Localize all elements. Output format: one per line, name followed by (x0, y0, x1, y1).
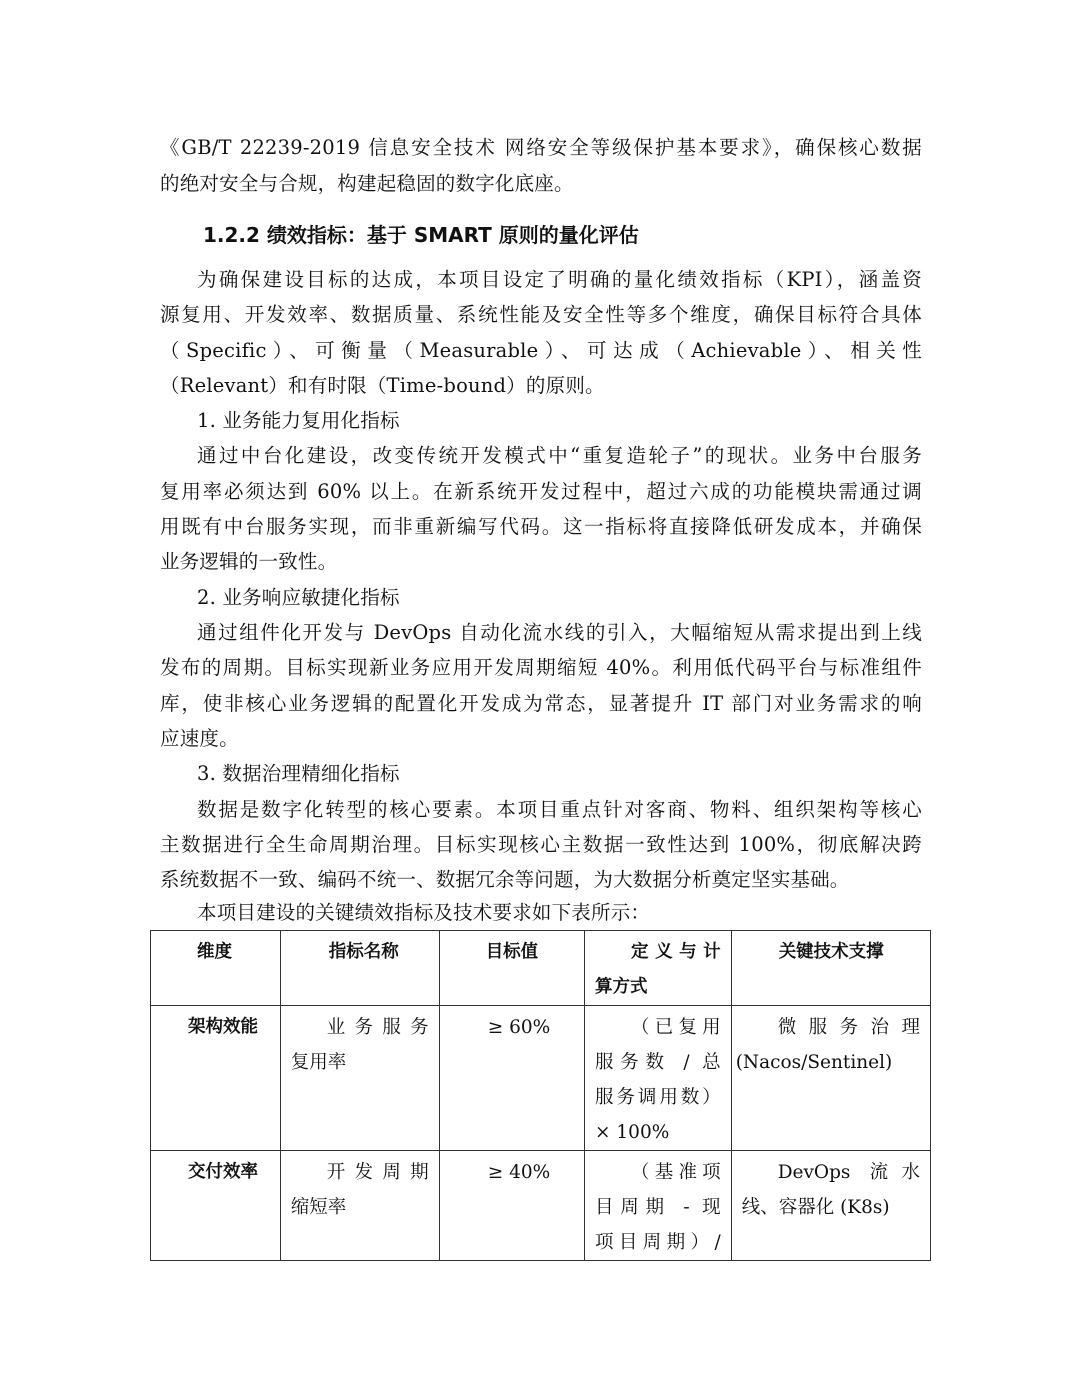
row-1-metric: 业务服务 复用率 (280, 1006, 439, 1151)
intro-line-2: 的绝对安全与合规，构建起稳固的数字化底座。 (160, 166, 922, 202)
item-2-line-4: 应速度。 (160, 721, 922, 757)
row-1-dimension: 架构效能 (151, 1006, 281, 1151)
item-1-line-1: 通过中台化建设，改变传统开发模式中“重复造轮子”的现状。业务中台服务 (197, 438, 922, 474)
row-1-definition: （已复用 服务数 / 总 服务调用数） × 100% (585, 1006, 732, 1151)
row-2-definition-line-3: 项目周期）/ (595, 1225, 721, 1260)
row-1-definition-line-3: 服务调用数） (595, 1080, 721, 1115)
item-1-line-3: 用既有中台服务实现，而非重新编写代码。这一指标将直接降低研发成本，并确保 (160, 509, 922, 545)
row-1-definition-line-2: 服务数 / 总 (595, 1045, 721, 1080)
smart-paragraph-line-4: （Relevant）和有时限（Time-bound）的原则。 (160, 368, 922, 404)
smart-paragraph-line-2: 源复用、开发效率、数据质量、系统性能及安全性等多个维度，确保目标符合具体 (160, 297, 922, 333)
table-header-row: 维度 指标名称 目标值 定 义 与 计 算方式 关键技术支撑 (151, 931, 931, 1006)
header-dimension: 维度 (151, 931, 281, 1006)
item-2-title: 2. 业务响应敏捷化指标 (197, 580, 922, 616)
row-1-tech-line-2: (Nacos/Sentinel) (736, 1045, 920, 1080)
row-1-target: ≥ 60% (439, 1006, 584, 1151)
row-2-definition-line-1: （基准项 (595, 1155, 721, 1190)
row-2-metric: 开发周期 缩短率 (280, 1151, 439, 1261)
row-2-definition-line-2: 目周期 - 现 (595, 1190, 721, 1225)
item-2-line-1: 通过组件化开发与 DevOps 自动化流水线的引入，大幅缩短从需求提出到上线 (197, 615, 922, 651)
row-2-dimension: 交付效率 (151, 1151, 281, 1261)
row-2-tech-line-1: DevOps 流水 (742, 1155, 920, 1190)
header-definition-line-1: 定 义 与 计 (595, 935, 721, 970)
table-row: 交付效率 开发周期 缩短率 ≥ 40% （基准项 目周期 - 现 项目周期）/ … (151, 1151, 931, 1261)
row-1-metric-line-2: 复用率 (291, 1045, 429, 1080)
item-1-title: 1. 业务能力复用化指标 (197, 403, 922, 439)
row-2-definition: （基准项 目周期 - 现 项目周期）/ (585, 1151, 732, 1261)
item-3-line-3: 系统数据不一致、编码不统一、数据冗余等问题，为大数据分析奠定坚实基础。 (160, 862, 922, 898)
item-3-title: 3. 数据治理精细化指标 (197, 756, 922, 792)
table-row: 架构效能 业务服务 复用率 ≥ 60% （已复用 服务数 / 总 服务调用数） … (151, 1006, 931, 1151)
item-2-line-2: 发布的周期。目标实现新业务应用开发周期缩短 40%。利用低代码平台与标准组件 (160, 650, 922, 686)
row-1-definition-line-4: × 100% (595, 1115, 721, 1150)
row-2-target: ≥ 40% (439, 1151, 584, 1261)
row-1-tech-line-1: 微服务治理 (742, 1010, 920, 1045)
header-metric: 指标名称 (280, 931, 439, 1006)
header-definition: 定 义 与 计 算方式 (585, 931, 732, 1006)
row-2-tech: DevOps 流水 线、容器化 (K8s) (731, 1151, 930, 1261)
row-1-definition-line-1: （已复用 (595, 1010, 721, 1045)
row-1-tech: 微服务治理 (Nacos/Sentinel) (731, 1006, 930, 1151)
header-definition-line-2: 算方式 (595, 970, 721, 1005)
smart-paragraph-line-3: （Specific）、可衡量（Measurable）、可达成（Achievabl… (160, 333, 922, 369)
intro-line-1: 《GB/T 22239-2019 信息安全技术 网络安全等级保护基本要求》，确保… (160, 130, 922, 166)
item-1-line-2: 复用率必须达到 60% 以上。在新系统开发过程中，超过六成的功能模块需通过调 (160, 474, 922, 510)
item-3-line-1: 数据是数字化转型的核心要素。本项目重点针对客商、物料、组织架构等核心 (197, 792, 922, 828)
row-2-metric-line-1: 开发周期 (291, 1155, 429, 1190)
item-3-line-2: 主数据进行全生命周期治理。目标实现核心主数据一致性达到 100%，彻底解决跨 (160, 827, 922, 863)
kpi-table: 维度 指标名称 目标值 定 义 与 计 算方式 关键技术支撑 架构效能 业务服务… (150, 930, 931, 1261)
item-2-line-3: 库，使非核心业务逻辑的配置化开发成为常态，显著提升 IT 部门对业务需求的响 (160, 686, 922, 722)
row-2-tech-line-2: 线、容器化 (K8s) (742, 1190, 920, 1225)
item-1-line-4: 业务逻辑的一致性。 (160, 544, 922, 580)
header-tech: 关键技术支撑 (731, 931, 930, 1006)
table-intro: 本项目建设的关键绩效指标及技术要求如下表所示： (197, 896, 922, 930)
document-page: 《GB/T 22239-2019 信息安全技术 网络安全等级保护基本要求》，确保… (0, 0, 1080, 1398)
smart-paragraph-line-1: 为确保建设目标的达成，本项目设定了明确的量化绩效指标（KPI），涵盖资 (197, 262, 922, 298)
header-target: 目标值 (439, 931, 584, 1006)
section-heading: 1.2.2 绩效指标：基于 SMART 原则的量化评估 (203, 217, 639, 253)
row-1-metric-line-1: 业务服务 (291, 1010, 429, 1045)
row-2-metric-line-2: 缩短率 (291, 1190, 429, 1225)
